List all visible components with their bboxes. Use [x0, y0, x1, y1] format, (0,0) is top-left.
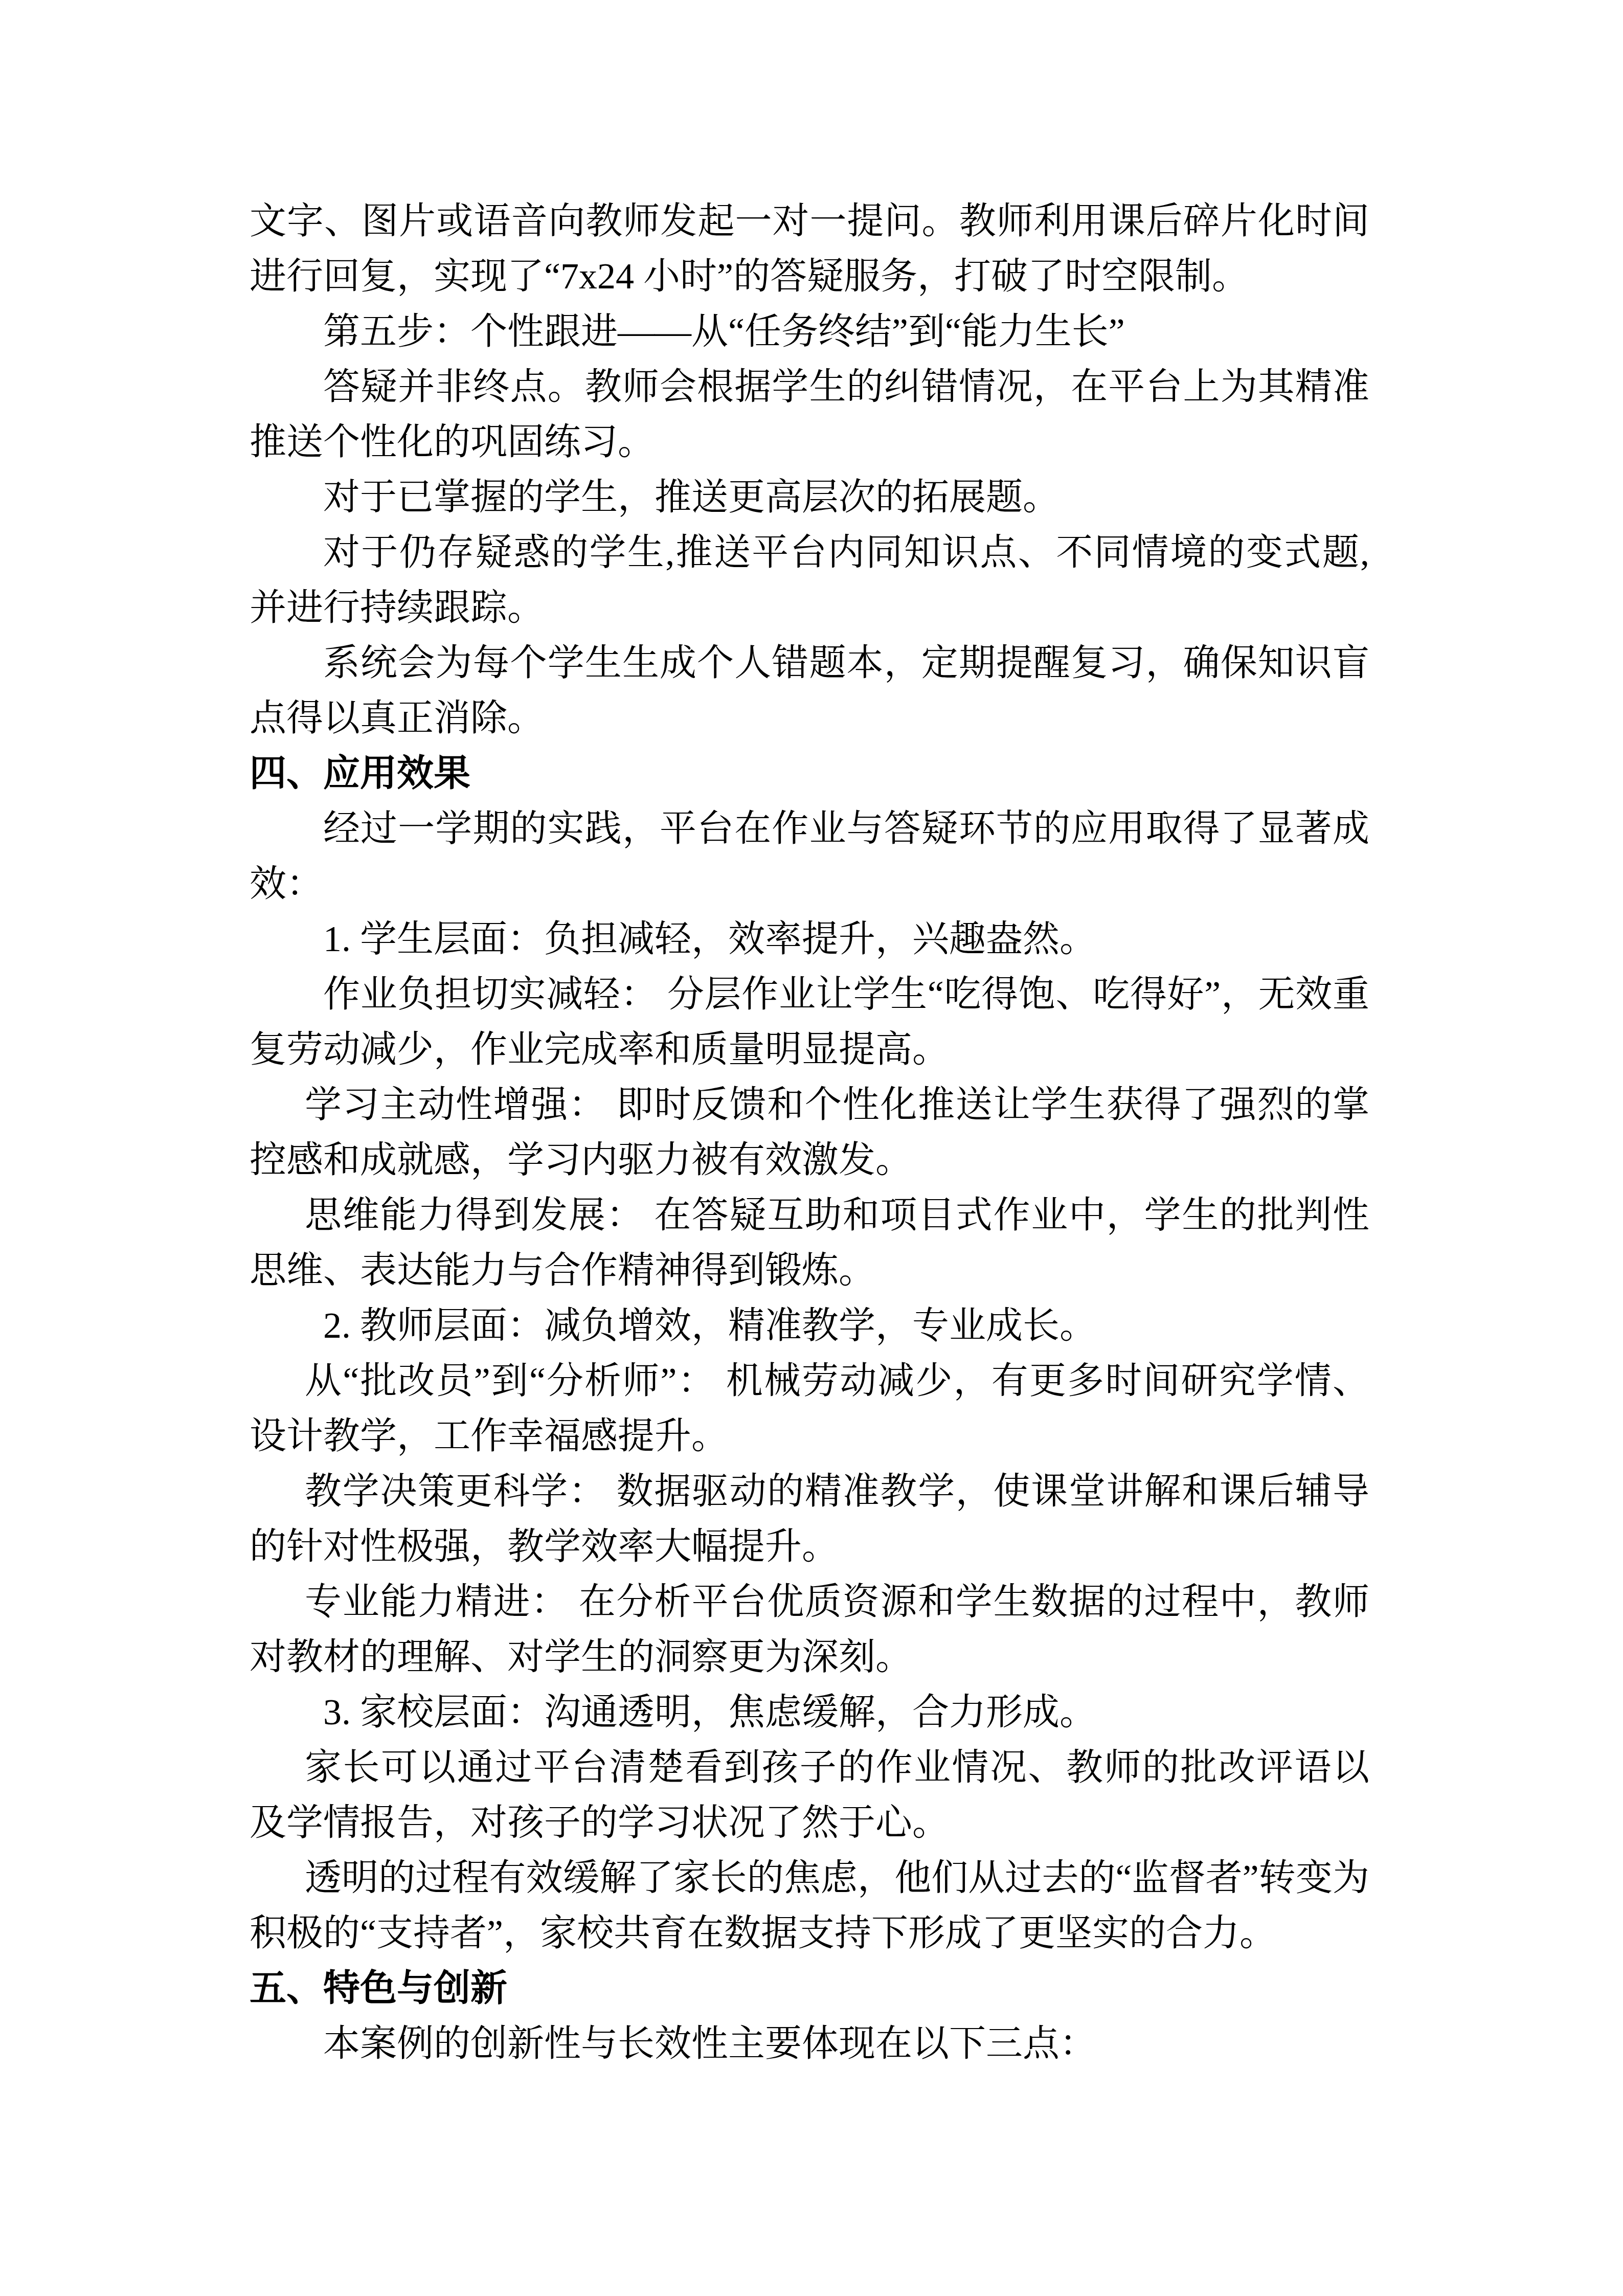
- paragraph: 透明的过程有效缓解了家长的焦虑，他们从过去的“监督者”转变为积极的“支持者”，家…: [250, 1850, 1369, 1961]
- paragraph: 作业负担切实减轻： 分层作业让学生“吃得饱、吃得好”，无效重复劳动减少，作业完成…: [250, 966, 1369, 1077]
- paragraph: 专业能力精进： 在分析平台优质资源和学生数据的过程中，教师对教材的理解、对学生的…: [250, 1574, 1369, 1684]
- paragraph: 文字、图片或语音向教师发起一对一提问。教师利用课后碎片化时间进行回复，实现了“7…: [250, 193, 1369, 304]
- section-heading: 五、特色与创新: [250, 1961, 1369, 2016]
- document-page: 文字、图片或语音向教师发起一对一提问。教师利用课后碎片化时间进行回复，实现了“7…: [0, 0, 1623, 2296]
- list-item: 1. 学生层面：负担减轻，效率提升，兴趣盎然。: [250, 911, 1369, 966]
- paragraph: 答疑并非终点。教师会根据学生的纠错情况，在平台上为其精准推送个性化的巩固练习。: [250, 359, 1369, 469]
- document-body: 文字、图片或语音向教师发起一对一提问。教师利用课后碎片化时间进行回复，实现了“7…: [250, 193, 1369, 2071]
- paragraph: 第五步：个性跟进——从“任务终结”到“能力生长”: [250, 304, 1369, 359]
- paragraph: 经过一学期的实践，平台在作业与答疑环节的应用取得了显著成效：: [250, 801, 1369, 911]
- paragraph: 本案例的创新性与长效性主要体现在以下三点：: [250, 2016, 1369, 2071]
- paragraph: 从“批改员”到“分析师”： 机械劳动减少，有更多时间研究学情、设计教学，工作幸福…: [250, 1353, 1369, 1464]
- paragraph: 家长可以通过平台清楚看到孩子的作业情况、教师的批改评语以及学情报告，对孩子的学习…: [250, 1740, 1369, 1850]
- list-item: 3. 家校层面：沟通透明，焦虑缓解，合力形成。: [250, 1684, 1369, 1740]
- paragraph: 学习主动性增强： 即时反馈和个性化推送让学生获得了强烈的掌控感和成就感，学习内驱…: [250, 1077, 1369, 1187]
- paragraph: 思维能力得到发展： 在答疑互助和项目式作业中，学生的批判性思维、表达能力与合作精…: [250, 1187, 1369, 1298]
- paragraph: 对于已掌握的学生，推送更高层次的拓展题。: [250, 469, 1369, 525]
- section-heading: 四、应用效果: [250, 746, 1369, 801]
- paragraph: 教学决策更科学： 数据驱动的精准教学，使课堂讲解和课后辅导的针对性极强，教学效率…: [250, 1464, 1369, 1574]
- paragraph: 系统会为每个学生生成个人错题本，定期提醒复习，确保知识盲点得以真正消除。: [250, 635, 1369, 746]
- paragraph: 对于仍存疑惑的学生,推送平台内同知识点、不同情境的变式题,并进行持续跟踪。: [250, 525, 1369, 635]
- list-item: 2. 教师层面：减负增效，精准教学，专业成长。: [250, 1298, 1369, 1353]
